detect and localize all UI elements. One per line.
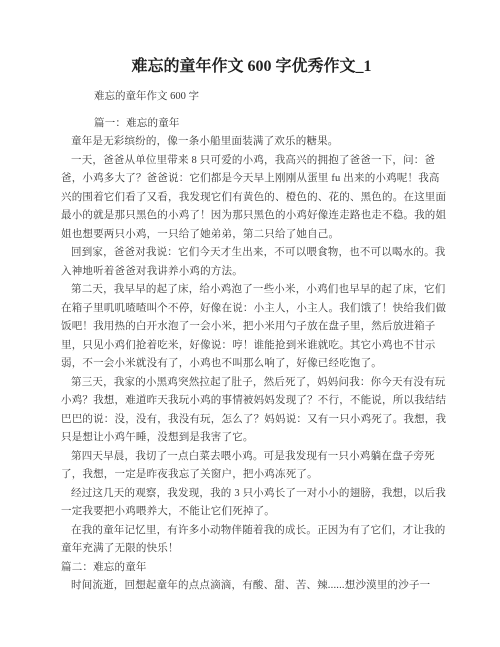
text-line: 只是想让小鸡午睡，没想到是我害了它。 bbox=[61, 429, 442, 448]
document-page: 难忘的童年作文 600 字优秀作文_1 难忘的童年作文 600 字 篇一：难忘的… bbox=[0, 0, 500, 647]
text-line: 巴巴的说：没，没有，我没有玩，怎么了？妈妈说：又有一只小鸡死了。我想，我 bbox=[61, 411, 442, 430]
document-subtitle: 难忘的童年作文 600 字 bbox=[61, 88, 442, 107]
text-line: 里，只见小鸡们抢着吃米，好像说：哼！谁能抢到米谁就吃。其它小鸡也不甘示 bbox=[61, 337, 442, 356]
text-line: 回到家，爸爸对我说：它们今天才生出来，不可以喂食物，也不可以喝水的。我 bbox=[61, 244, 442, 263]
text-line: 在箱子里叽叽喳喳叫个不停，好像在说：小主人，小主人。我们饿了！快给我们做 bbox=[61, 300, 442, 319]
essay-text: 篇一：难忘的童年 童年是无彩缤纷的，像一条小船里面装满了欢乐的糖果。 一天，爸爸… bbox=[61, 115, 442, 596]
text-line: 经过这几天的观察，我发现，我的 3 只小鸡长了一对小小的翅膀，我想，以后我 bbox=[61, 485, 442, 504]
text-line: 饭吧！我用热的白开水泡了一会小米，把小米用勺子放在盘子里，然后放进箱子 bbox=[61, 318, 442, 337]
text-line: 一天，爸爸从单位里带来 8 只可爱的小鸡，我高兴的拥抱了爸爸一下，问：爸 bbox=[61, 152, 442, 171]
text-line: 小鸡？我想，难道昨天我玩小鸡的事情被妈妈发现了？不行，不能说，所以我结结 bbox=[61, 392, 442, 411]
text-line: 时间流逝，回想起童年的点点滴滴，有酸、甜、苦、辣......想沙漠里的沙子一 bbox=[61, 577, 442, 596]
section-heading: 篇二：难忘的童年 bbox=[61, 559, 442, 578]
text-line: 在我的童年记忆里，有许多小动物伴随着我的成长。正因为有了它们，才让我的 bbox=[61, 522, 442, 541]
text-line: 第四天早晨，我切了一点白菜去喂小鸡。可是我发现有一只小鸡躺在盘子旁死 bbox=[61, 448, 442, 467]
text-line: 童年是无彩缤纷的，像一条小船里面装满了欢乐的糖果。 bbox=[61, 133, 442, 152]
text-line: 爸，小鸡多大了？爸爸说：它们都是今天早上刚刚从蛋里 fu 出来的小鸡呢！我高 bbox=[61, 170, 442, 189]
text-line: 第三天，我家的小黑鸡突然拉起了肚子，然后死了，妈妈问我：你今天有没有玩 bbox=[61, 374, 442, 393]
document-title: 难忘的童年作文 600 字优秀作文_1 bbox=[61, 55, 442, 79]
section-heading: 篇一：难忘的童年 bbox=[61, 115, 442, 134]
text-line: 姐也想要两只小鸡，一只给了她弟弟，第二只给了她自己。 bbox=[61, 226, 442, 245]
text-line: 第二天，我早早的起了床，给小鸡泡了一些小米，小鸡们也早早的起了床，它们 bbox=[61, 281, 442, 300]
text-line: 弱，不一会小米就没有了，小鸡也不叫那么响了，好像已经吃饱了。 bbox=[61, 355, 442, 374]
text-line: 一定我要把小鸡喂养大，不能让它们死掉了。 bbox=[61, 503, 442, 522]
text-line: 兴的围着它们看了又看，我发现它们有黄色的、橙色的、花的、黑色的。在这里面 bbox=[61, 189, 442, 208]
document-body: 难忘的童年作文 600 字优秀作文_1 难忘的童年作文 600 字 篇一：难忘的… bbox=[0, 0, 500, 596]
text-line: 最小的就是那只黑色的小鸡了！因为那只黑色的小鸡好像连走路也走不稳。我的姐 bbox=[61, 207, 442, 226]
text-line: 入神地听着爸爸对我讲养小鸡的方法。 bbox=[61, 263, 442, 282]
text-line: 了，我想，一定是昨夜我忘了关窗户，把小鸡冻死了。 bbox=[61, 466, 442, 485]
text-line: 童年充满了无限的快乐！ bbox=[61, 540, 442, 559]
